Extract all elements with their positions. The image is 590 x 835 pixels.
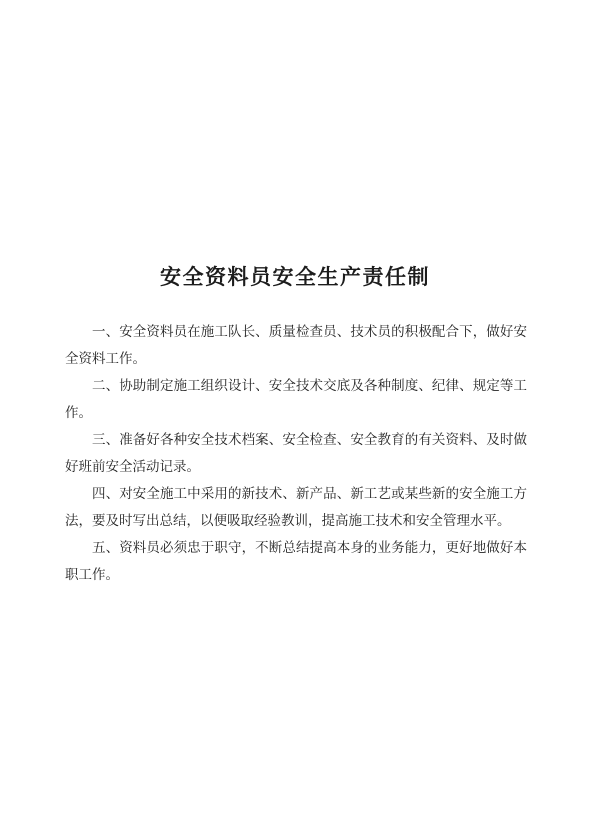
paragraph-4: 四、对安全施工中采用的新技术、新产品、新工艺或某些新的安全施工方法，要及时写出总…	[65, 480, 527, 534]
document-title: 安全资料员安全生产责任制	[0, 263, 590, 291]
document-body: 一、安全资料员在施工队长、质量检查员、技术员的积极配合下，做好安全资料工作。 二…	[65, 318, 527, 588]
paragraph-2: 二、协助制定施工组织设计、安全技术交底及各种制度、纪律、规定等工作。	[65, 372, 527, 426]
paragraph-1: 一、安全资料员在施工队长、质量检查员、技术员的积极配合下，做好安全资料工作。	[65, 318, 527, 372]
document-page: 安全资料员安全生产责任制 一、安全资料员在施工队长、质量检查员、技术员的积极配合…	[0, 0, 590, 835]
paragraph-3: 三、准备好各种安全技术档案、安全检查、安全教育的有关资料、及时做好班前安全活动记…	[65, 426, 527, 480]
paragraph-5: 五、资料员必须忠于职守，不断总结提高本身的业务能力，更好地做好本职工作。	[65, 534, 527, 588]
